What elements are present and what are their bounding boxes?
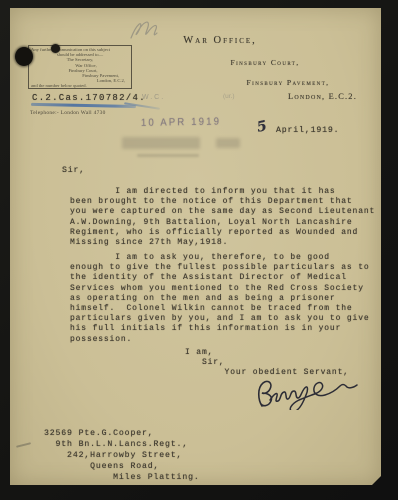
- letter-paper: Any further communication on this subjec…: [10, 8, 381, 485]
- recipient-address-block: 32569 Pte.G.Cooper, 9th Bn.L.N.Lancs.Reg…: [44, 428, 200, 483]
- faint-stamp-smudge: [216, 138, 240, 148]
- ink-blot-small: [51, 44, 60, 53]
- reference-number: C.2.Cas.170782/4.: [32, 93, 146, 103]
- pencil-mark-ur: (ur.): [223, 93, 235, 100]
- telephone-line: Telephone:- London Wall 4730: [30, 110, 106, 116]
- blue-underline: [31, 102, 136, 107]
- ink-blot: [15, 47, 33, 66]
- pencil-dash-mark: [16, 442, 31, 447]
- pencil-squiggle-mark: [126, 16, 174, 44]
- body-paragraph-2: I am to ask you, therefore, to be good e…: [70, 253, 370, 345]
- handwritten-date-day: 5: [255, 118, 268, 136]
- typed-date: April,1919.: [276, 126, 339, 135]
- letterhead-address-line-3: London, E.C.2.: [260, 92, 357, 101]
- letterhead-address-line-2: Finsbury Pavement,: [233, 78, 343, 87]
- faint-stamp-smudge: [122, 137, 200, 149]
- signature: [253, 376, 368, 410]
- address-notice-box: Any further communication on this subjec…: [28, 45, 132, 89]
- scanned-letter-page: { "document_type": "War Office letter (s…: [0, 0, 398, 500]
- letterhead-office: War Office,: [170, 35, 270, 46]
- body-paragraph-1: I am directed to inform you that it has …: [70, 187, 375, 248]
- salutation: Sir,: [62, 166, 85, 175]
- notice-line: and the number below quoted.: [31, 83, 129, 88]
- pencil-mark-wc: W.C.: [142, 94, 165, 101]
- received-date-stamp: 10 APR 1919: [141, 116, 221, 129]
- closing-valediction: I am, Sir, Your obedient Servant,: [185, 348, 349, 379]
- letterhead-address-line-1: Finsbury Court,: [210, 58, 320, 67]
- faint-stamp-smudge: [137, 154, 199, 157]
